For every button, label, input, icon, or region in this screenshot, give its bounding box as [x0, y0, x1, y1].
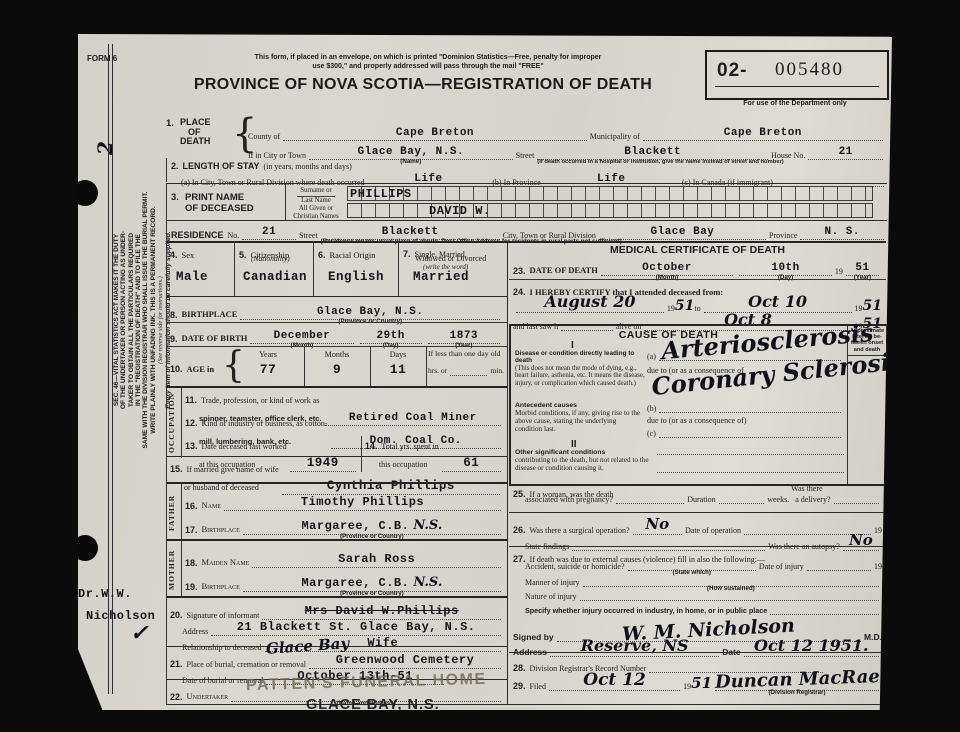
section-place-of-death: 1. PLACE OF DEATH { County of Cape Breto…: [166, 114, 886, 158]
other-conditions-label: Other significant conditions: [515, 449, 655, 456]
margin-notice-line: TAKER TO OBTAIN ALL THE PARTICULARS REQU…: [128, 90, 135, 550]
sex-label: Sex: [182, 250, 195, 260]
registration-number-box: 02- 005480: [705, 50, 889, 100]
racial-origin-value: English: [328, 271, 384, 284]
municipality-value: Cape Breton: [724, 127, 802, 139]
mother-maiden-value: Sarah Ross: [338, 552, 415, 566]
section-date-of-death: 23. DATE OF DEATH October(Month) 10th(Da…: [509, 256, 886, 279]
death-certificate-document: FORM 6 2 SEC. 46—VITAL STATISTICS ACT MA…: [78, 34, 892, 710]
birth-day-line: 29th(Day): [360, 325, 422, 344]
nature-label: Nature of injury: [525, 592, 577, 601]
other-conditions-4: causing it.: [574, 464, 604, 472]
mother-birthplace-line: Margaree, C.B. N.S.(Province or Country): [243, 573, 501, 592]
section-number: 11.: [185, 395, 197, 405]
operation-handwritten: No: [645, 515, 669, 533]
age-label: AGE in: [187, 364, 215, 374]
death-year: 51: [855, 262, 869, 274]
father-divider: [181, 484, 182, 541]
county-line: Cape Breton: [283, 122, 587, 141]
section-number: 18.: [185, 558, 198, 568]
section-number: 21.: [170, 659, 183, 669]
accident-label: Accident, suicide or homicide?: [525, 562, 625, 571]
birthplace-label: BIRTHPLACE: [182, 310, 238, 320]
division-registrar-sublabel: (Division Registrar): [715, 690, 879, 697]
disease-label-2: (This does not mean the mode of: [515, 365, 604, 372]
injury-year-prefix: 19: [874, 562, 882, 571]
birth-day: 29th: [376, 330, 404, 342]
residence-city-value: Glace Bay: [651, 226, 715, 238]
birth-year-line: 1873(Year): [428, 325, 500, 344]
date-of-birth-label: DATE OF BIRTH: [182, 334, 248, 344]
margin-notice-rotated: SEC. 46—VITAL STATISTICS ACT MAKES IT TH…: [114, 90, 172, 550]
industry-label-1: Kind of industry or business, as cotton-: [202, 419, 328, 428]
print-name-title-2: OF DECEASED: [185, 203, 254, 214]
surname-letter-boxes: [347, 186, 873, 201]
section-external-causes: 27. If death was due to external causes …: [509, 546, 886, 610]
father-birthplace-line: Margaree, C.B. N.S.(Province or Country): [243, 516, 501, 535]
residence-street-label: Street: [299, 231, 318, 240]
delivery-label-2: a delivery?: [795, 495, 830, 504]
accident-line: (State which): [628, 570, 756, 571]
occupation-vertical-label: OCCUPATION: [167, 390, 176, 456]
margin-notice-line: IN THE "REGISTRATION OF DEATH" AND TO FI…: [135, 90, 142, 550]
margin-notice-line: OF THE UNDERTAKER OR PERSON ACTING AS UN…: [120, 90, 127, 550]
mother-vertical-label: MOTHER: [167, 543, 176, 596]
birthplace-line: Glace Bay, N.S.(Province or Country): [240, 301, 500, 320]
from-year-handwritten: 51: [675, 299, 694, 313]
section-occupation-block: OCCUPATION 11. Trade, profession, or kin…: [166, 386, 507, 458]
age-years-label: Years: [232, 350, 304, 359]
father-name-line: Timothy Phillips: [224, 492, 501, 511]
cause-a-label: (a): [647, 352, 656, 361]
section-father-block: FATHER 16. Name Timothy Phillips 17. Bir…: [166, 482, 507, 541]
residence-label: RESIDENCE: [171, 230, 224, 240]
injury-date-label: Date of injury: [759, 562, 804, 571]
pregnancy-line: [616, 503, 684, 504]
mother-maiden-label: Maiden Name: [202, 558, 250, 568]
death-day-line: 10th(Day): [739, 257, 832, 276]
section-number: 12.: [185, 418, 198, 428]
death-year-line: 51(Year): [846, 257, 879, 276]
residence-street-value: Blackett: [382, 226, 439, 238]
mother-birthplace-label: Birthplace: [202, 582, 240, 592]
given-label-1: All Given or: [291, 205, 341, 213]
informant-address-value: 21 Blackett St. Glace Bay, N.S.: [237, 620, 476, 634]
margin-notice-line: WRITE PLAINLY WITH UNFADING INK. THIS IS…: [150, 90, 157, 550]
section-number: 9.: [170, 334, 178, 344]
birth-month: December: [274, 330, 331, 342]
section-number: 29.: [513, 681, 526, 691]
surname-label-2: Last Name: [297, 196, 335, 205]
burial-place-value: Greenwood Cemetery: [336, 653, 475, 667]
other-conditions-line2: [657, 472, 844, 473]
informant-value: Mrs David W.Phillips: [305, 604, 459, 618]
residence-no-value: 21: [262, 226, 276, 238]
citizenship-value: Canadian: [243, 271, 307, 284]
sex-value: Male: [176, 271, 208, 284]
section-number: 2.: [171, 161, 179, 171]
mail-notice-line1: This form, if placed in an envelope, on …: [208, 54, 648, 63]
father-vertical-label: FATHER: [167, 486, 176, 539]
punch-hole-bottom: [72, 535, 98, 561]
section-length-of-stay: 2. LENGTH OF STAY (in years, months and …: [166, 158, 887, 182]
filed-year-prefix: 19: [683, 682, 691, 691]
section-spouse: 15. If married give name of wife or husb…: [166, 456, 507, 483]
antecedent-2: Morbid conditions, if any, giving: [515, 409, 610, 417]
county-label: County of: [248, 132, 280, 141]
see-reverse-note: (See reverse side for instructions.): [157, 90, 165, 550]
section-number: 1.: [166, 118, 174, 129]
age-less-than-day-label: If less than one day old: [428, 350, 507, 359]
weeks-label: weeks.: [767, 495, 789, 504]
antecedent-label: Antecedent causes: [515, 402, 645, 409]
section-number: 14.: [365, 441, 378, 451]
section-filed: 29. Filed Oct 12 19 51 Duncan MacRae(Div…: [509, 669, 886, 704]
age-min-label: min.: [490, 367, 504, 376]
pregnancy-label-2: associated with pregnancy?: [525, 495, 613, 504]
medical-certificate-title: MEDICAL CERTIFICATE OF DEATH: [509, 244, 886, 256]
section-number: 22.: [170, 692, 183, 702]
section-number: 23.: [513, 266, 526, 276]
section-age: 10. AGE in { Years 77 Months 9 Days 11 I…: [166, 346, 507, 387]
death-month: October: [642, 262, 692, 274]
section-number: 15.: [170, 464, 183, 474]
section-residence: RESIDENCE No. 21 Street Blackett(Residen…: [166, 220, 887, 242]
last-worked-label-1: Date deceased last worked: [202, 442, 287, 451]
cause-of-death-box: CAUSE OF DEATH Approximate interval be- …: [509, 324, 888, 486]
father-birthplace-value: Margaree, C.B.: [301, 519, 409, 533]
section-sex-citizenship-race-marital: 4. Sex Male 5. Citizenship (Nationality)…: [166, 241, 507, 296]
residence-no-label: No.: [228, 231, 240, 240]
county-value: Cape Breton: [396, 127, 474, 139]
racial-origin-label: Racial Origin: [330, 250, 376, 260]
manner-label: Manner of injury: [525, 578, 580, 587]
father-name-label: Name: [202, 501, 221, 511]
print-name-divider: [285, 184, 286, 221]
checkmark: ✓: [130, 622, 148, 644]
filed-year-handwritten: 51: [691, 676, 712, 691]
registration-number-underline: [715, 86, 879, 87]
to-year-handwritten: 51: [863, 299, 882, 313]
doctor-name-line1: Dr.W.W.: [78, 588, 132, 600]
mother-birthplace-handwritten: N.S.: [413, 575, 442, 590]
registration-number: 005480: [775, 59, 844, 81]
age-months-label: Months: [304, 350, 370, 359]
attended-from-line: August 20: [516, 294, 664, 313]
margin-notice-line: SEC. 46—VITAL STATISTICS ACT MAKES IT TH…: [113, 90, 120, 550]
age-months-value: 9: [304, 363, 370, 376]
cause-c-label: (c): [647, 429, 656, 438]
other-conditions-2: contributing to the death, but not: [515, 456, 609, 464]
delivery-line: [834, 503, 880, 504]
surname-label-1: Surname or: [291, 187, 341, 195]
age-days-label: Days: [370, 350, 426, 359]
nature-line: [580, 600, 879, 601]
section-number: 20.: [170, 610, 183, 620]
column-divider: [507, 241, 508, 705]
filed-date-line: Oct 12: [549, 672, 680, 691]
attended-from-handwritten: August 20: [544, 292, 635, 311]
registration-number-prefix: 02-: [717, 60, 747, 82]
residence-street-line: Blackett(Residence means usual place of …: [321, 221, 500, 240]
injury-date-line: [807, 570, 871, 571]
form-title: PROVINCE OF NOVA SCOTIA—REGISTRATION OF …: [173, 76, 673, 94]
cause-c-line: [659, 437, 841, 438]
age-years-value: 77: [232, 363, 304, 376]
section-operation: 26. Was there a surgical operation? No D…: [509, 512, 886, 547]
trade-label-1: Trade, profession, or kind of work as: [201, 396, 319, 405]
delivery-label-1: Was there: [791, 484, 823, 493]
section-number: 3.: [171, 192, 179, 203]
section-number: 7.: [403, 249, 411, 259]
surname-value: PHILLIPS: [350, 188, 412, 200]
undertaker-label: Undertaker: [187, 692, 229, 702]
duration-label: Duration: [687, 495, 715, 504]
registration-box-caption: For use of the Department only: [705, 100, 885, 107]
disease-label-lead: Disease or condition directly leading to…: [515, 350, 645, 364]
print-name-title-1: PRINT NAME: [185, 192, 254, 203]
age-days-value: 11: [370, 363, 426, 376]
attended-to-handwritten: Oct 10: [748, 292, 807, 311]
age-hrs-line: [450, 375, 487, 376]
section-mother-block: MOTHER 18. Maiden Name Sarah Ross 19. Bi…: [166, 539, 507, 598]
section-pregnancy: 25. If a woman, was the death Was there …: [509, 482, 886, 512]
registrar-signature-line: Duncan MacRae(Division Registrar): [715, 671, 879, 691]
given-name-value: DAVID W.: [429, 205, 491, 217]
citizenship-sublabel: (Nationality): [251, 255, 290, 264]
birth-year: 1873: [450, 330, 478, 342]
section-date-of-birth: 9. DATE OF BIRTH December(Month) 29th(Da…: [166, 322, 507, 347]
municipality-label: Municipality of: [590, 132, 640, 141]
section-birthplace: 8. BIRTHPLACE Glace Bay, N.S.(Province o…: [166, 296, 507, 323]
residence-province-line: N. S.: [800, 221, 884, 240]
death-month-line: October(Month): [601, 257, 733, 276]
death-day: 10th: [771, 262, 799, 274]
father-name-value: Timothy Phillips: [301, 495, 424, 509]
margin-notice-block: SEC. 46—VITAL STATISTICS ACT MAKES IT TH…: [114, 90, 172, 550]
marital-label-2: Widowed or Divorced: [415, 254, 486, 263]
residence-province-value: N. S.: [824, 226, 860, 238]
section-number: 26.: [513, 525, 526, 535]
mail-notice-line2: use $300," and properly addressed will p…: [208, 63, 648, 72]
punch-hole-top: [72, 180, 98, 206]
death-year-prefix: 19: [835, 267, 843, 276]
birthplace-value: Glace Bay, N.S.: [317, 306, 424, 318]
age-hrs-label: hrs. or: [428, 367, 447, 376]
disease-label-5: complication which caused death.): [542, 380, 636, 387]
mother-maiden-line: Sarah Ross: [252, 549, 501, 568]
section-signed: Specify whether injury occurred in indus…: [509, 609, 886, 652]
section-number: 25.: [513, 489, 526, 499]
filed-date-handwritten: Oct 12: [583, 670, 646, 690]
manner-line: (How sustained): [583, 586, 879, 587]
section-print-name: 3. PRINT NAME OF DECEASED Surname or Las…: [166, 183, 887, 221]
state-which-sublabel: (State which): [628, 570, 756, 577]
father-birthplace-handwritten: N.S.: [413, 518, 442, 533]
municipality-line: Cape Breton: [643, 122, 883, 141]
section-number: 27.: [513, 554, 526, 564]
place-title-3: DEATH: [180, 137, 211, 147]
section-number: 17.: [185, 525, 198, 535]
section-number: 6.: [318, 250, 326, 260]
specify-label: Specify whether injury occurred in indus…: [525, 607, 767, 615]
father-birthplace-label: Birthplace: [202, 525, 240, 535]
section-number: 19.: [185, 582, 198, 592]
margin-notice-line: SAME WITH THE DIVISION REGISTRAR WHO SHA…: [142, 90, 149, 550]
cause-b-line: [659, 412, 841, 413]
cause-b-label: (b): [647, 404, 656, 413]
other-conditions-line1: [657, 454, 844, 455]
spouse-label-1: If married give name of wife: [187, 465, 279, 474]
residence-city-line: Glace Bay: [599, 221, 766, 240]
section-number: 8.: [170, 310, 178, 320]
residence-province-label: Province: [769, 231, 797, 240]
section-number: 16.: [185, 501, 198, 511]
filed-label: Filed: [530, 682, 546, 691]
section-number: 4.: [170, 250, 178, 260]
date-of-death-label: DATE OF DEATH: [530, 266, 598, 276]
total-years-label-1: Total yrs. spent in: [381, 442, 438, 451]
section-certify: 24. I HEREBY CERTIFY that I attended dec…: [509, 279, 886, 325]
funeral-home-city-stamp: GLACE BAY, N.S.: [306, 697, 440, 713]
section-number: 13.: [185, 441, 198, 451]
duration-line: [719, 503, 765, 504]
mother-divider: [181, 541, 182, 598]
occupation-divider: [181, 388, 182, 458]
section-undertaker: 22. Undertaker (Name and address) PATTEN…: [166, 679, 507, 705]
residence-no-line: 21: [242, 221, 296, 240]
birth-month-line: December(Month): [250, 325, 353, 344]
mother-birthplace-value: Margaree, C.B.: [301, 576, 409, 590]
cause-due2-label: due to (or as a consequence of): [647, 416, 747, 425]
section-number: 10.: [170, 364, 183, 374]
given-name-letter-boxes: [347, 203, 873, 218]
marital-value: Married: [413, 271, 469, 284]
section-number: 5.: [239, 250, 247, 260]
